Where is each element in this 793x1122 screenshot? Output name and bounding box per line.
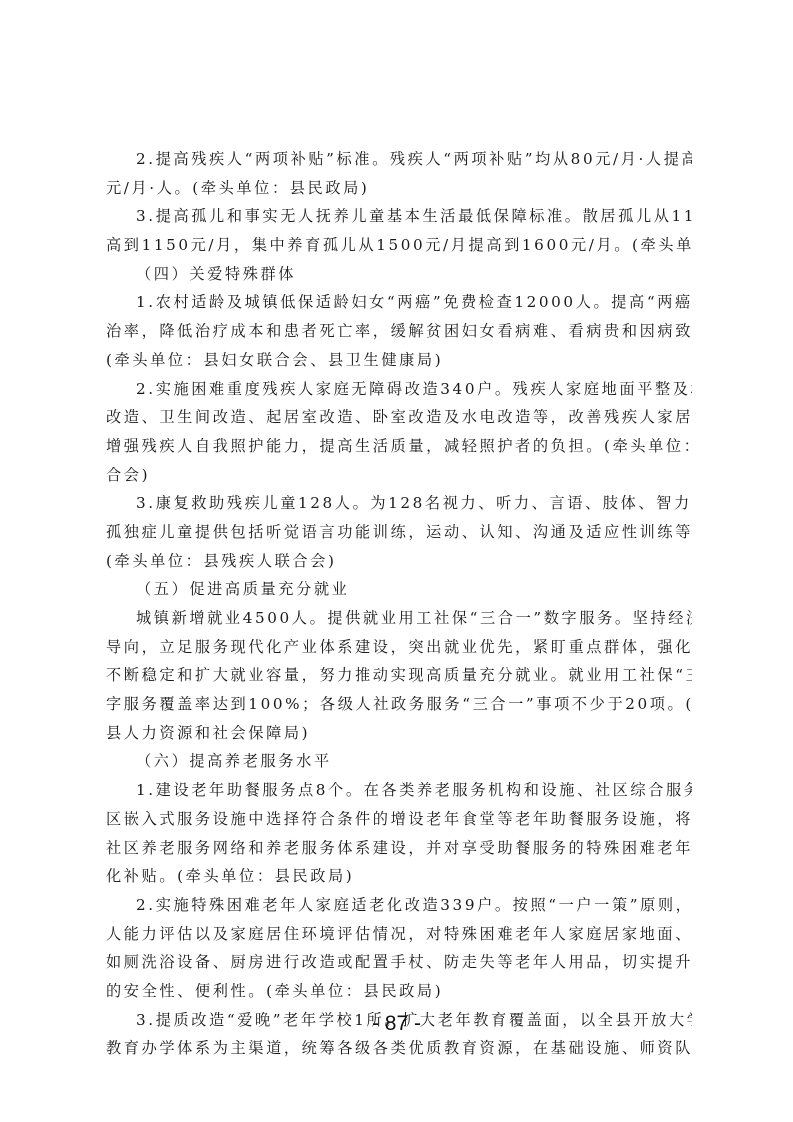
paragraph-line: 2.实施困难重度残疾人家庭无障碍改造340户。残疾人家庭地面平整及坡化、厨房 — [106, 375, 692, 404]
paragraph-line: 教育办学体系为主渠道，统筹各级各类优质教育资源，在基础设施、师资队伍、教学资 — [106, 1034, 692, 1063]
paragraph-line: 2.实施特殊困难老年人家庭适老化改造339户。按照“一户一策”原则，结合老年 — [106, 891, 692, 920]
paragraph-line: 2.提高残疾人“两项补贴”标准。残疾人“两项补贴”均从80元/月·人提高到90 — [106, 145, 692, 174]
document-page: 2.提高残疾人“两项补贴”标准。残疾人“两项补贴”均从80元/月·人提高到90 … — [106, 145, 692, 1063]
paragraph-line: 3.康复救助残疾儿童128人。为128名视力、听力、言语、肢体、智力残疾儿童和 — [106, 489, 692, 518]
page-number: - 87 - — [0, 1012, 793, 1036]
paragraph-line: 如厕洗浴设备、厨房进行改造或配置手杖、防走失等老年人用品，切实提升其居家养老 — [106, 948, 692, 977]
paragraph-line: 合会) — [106, 461, 692, 490]
paragraph-line: (牵头单位：县残疾人联合会) — [106, 547, 692, 576]
paragraph-line: 1.农村适龄及城镇低保适龄妇女“两癌”免费检查12000人。提高“两癌”早诊早 — [106, 288, 692, 317]
paragraph-line: 化补贴。(牵头单位：县民政局) — [106, 862, 692, 891]
paragraph-line: 不断稳定和扩大就业容量，努力推动实现高质量充分就业。就业用工社保“三合一”数 — [106, 661, 692, 690]
section-heading: （五）促进高质量充分就业 — [106, 575, 692, 604]
paragraph-line: 增强残疾人自我照护能力，提高生活质量，减轻照护者的负担。(牵头单位：县残疾人联 — [106, 432, 692, 461]
paragraph-line: 城镇新增就业4500人。提供就业用工社保“三合一”数字服务。坚持经济发展就业 — [106, 604, 692, 633]
paragraph-line: 改造、卫生间改造、起居室改造、卧室改造及水电改造等，改善残疾人家居、活动条件， — [106, 403, 692, 432]
paragraph-line: 3.提高孤儿和事实无人抚养儿童基本生活最低保障标准。散居孤儿从1100元/月提 — [106, 202, 692, 231]
section-heading: （六）提高养老服务水平 — [106, 747, 692, 776]
paragraph-line: 县人力资源和社会保障局) — [106, 719, 692, 748]
paragraph-line: 人能力评估以及家庭居住环境评估情况，对特殊困难老年人家庭居家地面、门、卧室、 — [106, 920, 692, 949]
section-heading: （四）关爱特殊群体 — [106, 260, 692, 289]
paragraph-line: 高到1150元/月，集中养育孤儿从1500元/月提高到1600元/月。(牵头单位… — [106, 231, 692, 260]
paragraph-line: (牵头单位：县妇女联合会、县卫生健康局) — [106, 346, 692, 375]
paragraph-line: 治率，降低治疗成本和患者死亡率，缓解贫困妇女看病难、看病贵和因病致贫返贫问题。 — [106, 317, 692, 346]
paragraph-line: 字服务覆盖率达到100%；各级人社政务服务“三合一”事项不少于20项。(牵头单位… — [106, 690, 692, 719]
paragraph-line: 1.建设老年助餐服务点8个。在各类养老服务机构和设施、社区综合服务设施、社 — [106, 776, 692, 805]
paragraph-line: 导向，立足服务现代化产业体系建设，突出就业优先，紧盯重点群体，强化就业服务， — [106, 633, 692, 662]
paragraph-line: 社区养老服务网络和养老服务体系建设，并对享受助餐服务的特殊困难老年人给予差异 — [106, 834, 692, 863]
paragraph-line: 的安全性、便利性。(牵头单位：县民政局) — [106, 977, 692, 1006]
paragraph-line: 孤独症儿童提供包括听觉语言功能训练，运动、认知、沟通及适应性训练等康复训练。 — [106, 518, 692, 547]
paragraph-line: 元/月·人。(牵头单位：县民政局) — [106, 174, 692, 203]
paragraph-line: 区嵌入式服务设施中选择符合条件的增设老年食堂等老年助餐服务设施，将其纳入居家 — [106, 805, 692, 834]
